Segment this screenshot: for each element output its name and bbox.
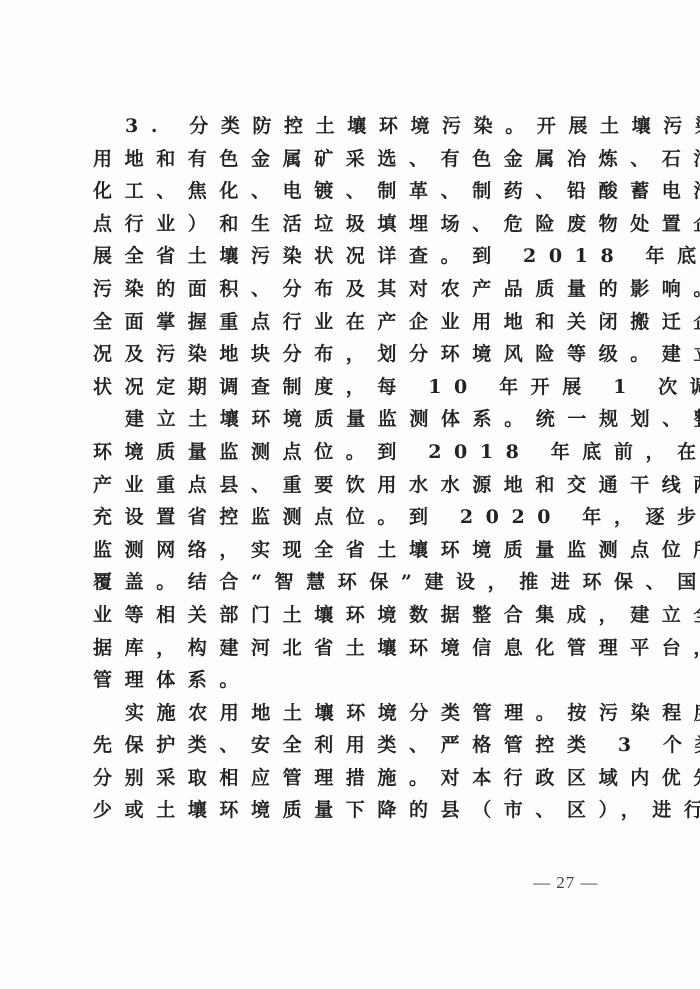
text-line: 管理体系。 xyxy=(93,664,609,697)
text-line: 用地和有色金属矿采选、有色金属冶炼、石油开采、石油加工、 xyxy=(93,143,609,176)
text-line: 化工、焦化、电镀、制革、制药、铅酸蓄电池行业（以下简称重 xyxy=(93,175,609,208)
text-line: 况及污染地块分布，划分环境风险等级。建立全省土壤环境质量 xyxy=(93,338,609,371)
text-line: 全面掌握重点行业在产企业用地和关闭搬迁企业用地土壤污染状 xyxy=(93,306,609,339)
page-number: — 27 — xyxy=(533,873,599,893)
text-line: 据库，构建河北省土壤环境信息化管理平台，形成“数字土壤” xyxy=(93,632,609,665)
text-line: 实施农用地土壤环境分类管理。按污染程度将农用地划为优 xyxy=(93,697,609,730)
text-line: 监测网络，实现全省土壤环境质量监测点位所有县（市、区）全 xyxy=(93,534,609,567)
text-line: 业等相关部门土壤环境数据整合集成，建立全省土壤环境基础数 xyxy=(93,599,609,632)
text-line: 少或土壤环境质量下降的县（市、区），进行预警提醒并依法采 xyxy=(93,794,609,827)
text-line: 点行业）和生活垃圾填埋场、危险废物处置企业用地为重点，开 xyxy=(93,208,609,241)
text-line: 覆盖。结合“智慧环保”建设，推进环保、国土资源、农业、林 xyxy=(93,566,609,599)
text-line: 状况定期调查制度，每 10 年开展 1 次调查。 xyxy=(93,371,609,404)
document-page: 3. 分类防控土壤环境污染。开展土壤污染状况详查。以农 用地和有色金属矿采选、有… xyxy=(0,0,700,989)
text-line: 污染的面积、分布及其对农产品质量的影响。到 2020 年底前， xyxy=(93,273,609,306)
text-line: 环境质量监测点位。到 2018 年底前，在产粮（油）大县、蔬菜 xyxy=(93,436,609,469)
text-line: 分别采取相应管理措施。对本行政区域内优先保护类耕地面积减 xyxy=(93,762,609,795)
text-line: 展全省土壤污染状况详查。到 2018 年底前，查明农业用地土壤 xyxy=(93,240,609,273)
paragraph-soil-survey: 3. 分类防控土壤环境污染。开展土壤污染状况详查。以农 用地和有色金属矿采选、有… xyxy=(93,110,609,403)
body-text: 3. 分类防控土壤环境污染。开展土壤污染状况详查。以农 用地和有色金属矿采选、有… xyxy=(93,110,609,827)
paragraph-farmland-management: 实施农用地土壤环境分类管理。按污染程度将农用地划为优 先保护类、安全利用类、严格… xyxy=(93,697,609,827)
paragraph-monitoring-system: 建立土壤环境质量监测体系。统一规划、整合优化全省土壤 环境质量监测点位。到 20… xyxy=(93,403,609,696)
text-line: 充设置省控监测点位。到 2020 年，逐步完善全省土壤环境质量 xyxy=(93,501,609,534)
text-line: 3. 分类防控土壤环境污染。开展土壤污染状况详查。以农 xyxy=(93,110,609,143)
text-line: 建立土壤环境质量监测体系。统一规划、整合优化全省土壤 xyxy=(93,403,609,436)
text-line: 产业重点县、重要饮用水水源地和交通干线两侧等重点区域，补 xyxy=(93,469,609,502)
text-line: 先保护类、安全利用类、严格管控类 3 个类别，以耕地为重点， xyxy=(93,729,609,762)
